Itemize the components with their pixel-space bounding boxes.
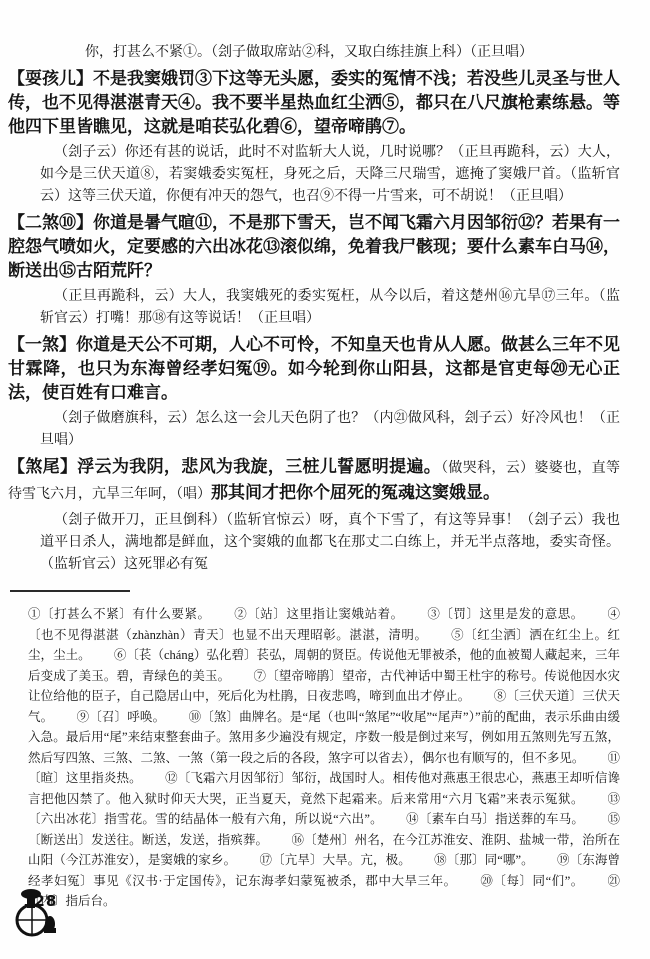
footnotes-block: ①〔打甚么不紧〕有什么要紧。 ②〔站〕这里指让窦娥站着。 ③〔罚〕这里是发的意思… [0,604,650,912]
stage-direction-3: （刽子做磨旗科，云）怎么这一会儿天色阴了也？（内㉑做风科，刽子云）好冷风也！（正… [40,408,620,452]
stage-direction-continued: 你，打甚么不紧①。（刽子做取席站②科，又取白练挂旗上科）（正旦唱） [85,42,620,64]
footnote-14: ⑭〔素车白马〕指送葬的车马。 [406,812,584,826]
footnote-1: ①〔打甚么不紧〕有什么要紧。 [28,607,211,621]
main-text-area: 你，打甚么不紧①。（刽子做取席站②科，又取白练挂旗上科）（正旦唱） 【耍孩儿】不… [0,0,650,576]
page-number-stamp: 128 [8,884,64,942]
footnote-9: ⑨〔召〕呼唤。 [77,710,166,724]
footnote-2: ②〔站〕这里指让窦娥站着。 [234,607,403,621]
aria-shua-haier: 【耍孩儿】不是我窦娥罚③下这等无头愿，委实的冤情不浅；若没些儿灵圣与世人传，也不… [8,67,620,139]
footnote-20: ⑳〔每〕同“们”。 [480,874,583,888]
footnote-separator-rule [10,590,130,592]
aria-sha-wei-sung-1: 【煞尾】浮云为我阴，悲风为我旋，三桩儿誓愿明提遍。 [8,457,441,476]
footnote-17: ⑰〔亢旱〕大旱。亢，极。 [259,853,410,867]
stage-direction-1: （刽子云）你还有甚的说话，此时不对监斩大人说，几时说哪？（正旦再跪科，云）大人，… [40,142,620,208]
footnote-18: ⑱〔那〕同“哪”。 [434,853,534,867]
aria-sha-wei: 【煞尾】浮云为我阴，悲风为我旋，三桩儿誓愿明提遍。（做哭科，云）婆婆也，直等待雪… [8,455,620,507]
book-page: 你，打甚么不紧①。（刽子做取席站②科，又取白练挂旗上科）（正旦唱） 【耍孩儿】不… [0,0,650,959]
aria-er-sha: 【二煞⑩】你道是暑气暄⑪，不是那下雪天，岂不闻飞霜六月因邹衍⑫？若果有一腔怨气喷… [8,211,620,283]
aria-sha-wei-sung-2: 那其间才把你个屈死的冤魂这窦娥显。 [211,483,500,502]
stage-direction-2: （正旦再跪科，云）大人，我窦娥死的委实冤枉，从今以后，着这楚州⑯亢旱⑰三年。（监… [40,286,620,330]
aria-yi-sha: 【一煞】你道是天公不可期，人心不可怜，不知皇天也肯从人愿。做甚么三年不见甘霖降，… [8,333,620,405]
page-number: 128 [23,892,57,910]
stage-direction-4: （刽子做开刀，正旦倒科）（监斩官惊云）呀，真个下雪了，有这等异事！（刽子云）我也… [40,510,620,576]
footnote-3: ③〔罚〕这里是发的意思。 [427,607,583,621]
